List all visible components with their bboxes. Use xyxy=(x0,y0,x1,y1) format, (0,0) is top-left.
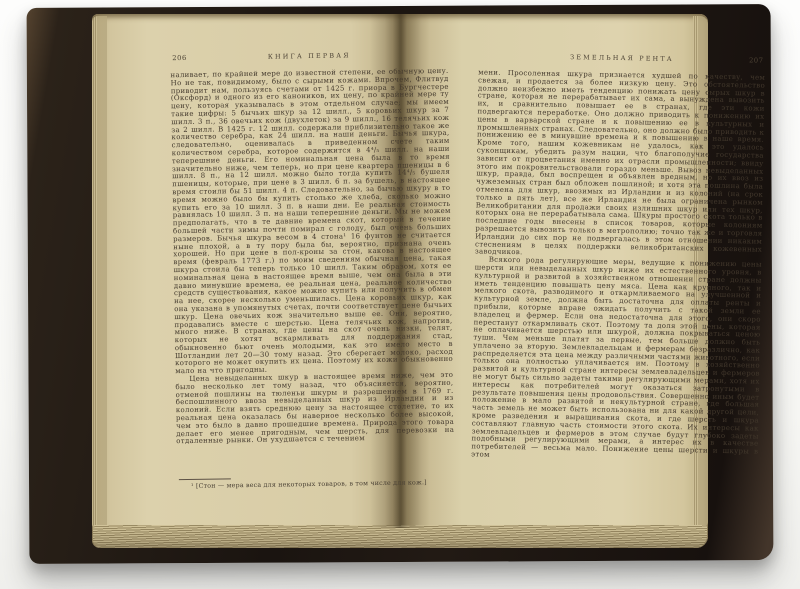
left-page-footnote: ¹ [Стон — мера веса для некоторых товаро… xyxy=(177,475,455,491)
footnote-text: ¹ [Стон — мера веса для некоторых товаро… xyxy=(177,479,455,491)
left-page: 206 КНИГА ПЕРВАЯ наливает, по крайней ме… xyxy=(170,50,456,540)
right-paragraph-continuation: мени. Просоленная шкура признается худше… xyxy=(475,69,765,261)
right-page: ЗЕМЕЛЬНАЯ РЕНТА 207 мени. Просоленная шк… xyxy=(469,51,765,556)
right-page-number: 207 xyxy=(749,56,764,64)
left-page-number: 206 xyxy=(172,54,187,62)
open-book-photo: 206 КНИГА ПЕРВАЯ наливает, по крайней ме… xyxy=(28,6,772,562)
right-page-body: мени. Просоленная шкура признается худше… xyxy=(469,69,765,556)
page-block: 206 КНИГА ПЕРВАЯ наливает, по крайней ме… xyxy=(92,14,708,548)
left-fore-edge xyxy=(92,16,107,528)
left-paragraph-continuation: наливает, по крайней мере до известной с… xyxy=(170,68,453,376)
footnote-rule xyxy=(179,478,231,480)
right-paragraph-regulations: Всякого рода регулирующие меры, ведущие … xyxy=(471,257,762,465)
left-page-body: наливает, по крайней мере до известной с… xyxy=(170,68,454,472)
left-paragraph-hides-price: Цена невыделанных шкур в настоящее время… xyxy=(175,372,454,447)
